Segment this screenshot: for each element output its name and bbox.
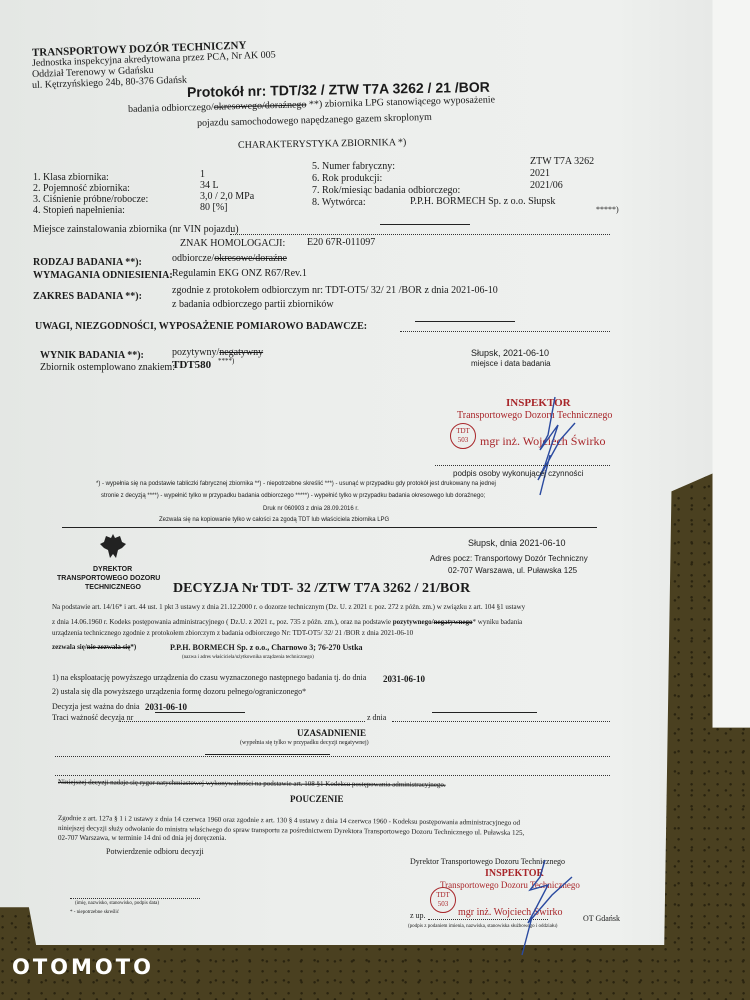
char-value: 3,0 / 2,0 MPa	[200, 191, 254, 202]
permit-struck: nie zezwala się	[87, 643, 131, 651]
place-date: Słupsk, 2021-06-10	[471, 348, 549, 358]
receipt-label: Potwierdzenie odbioru decyzji	[106, 847, 204, 856]
homologation-value: E20 67R-011097	[307, 237, 375, 248]
signature-line	[435, 465, 610, 466]
remarks-strike-line	[415, 321, 515, 322]
permit-mark: *)	[130, 643, 136, 651]
vin-field	[230, 234, 610, 235]
decision-title: DECYZJA Nr TDT- 32 /ZTW T7A 3262 / 21/BO…	[173, 581, 470, 597]
valid-label: Decyzja jest ważna do dnia	[52, 702, 140, 711]
footnotes-line-2: stronie z decyzją ****) - wypełnić tylko…	[101, 493, 485, 499]
scope-value-1: zgodnie z protokołem odbiorczym nr: TDT-…	[172, 285, 498, 296]
copy-note: Zezwala się na kopiowanie tylko w całośc…	[159, 517, 389, 523]
result-text: pozytywny/	[172, 347, 219, 358]
otomoto-watermark: OTOMOTO	[12, 955, 154, 979]
remarks-field	[400, 331, 610, 332]
char-label: 4. Stopień napełnienia:	[33, 205, 125, 216]
on-behalf: z up.	[410, 911, 426, 920]
test-type-label: RODZAJ BADANIA **):	[33, 257, 142, 268]
place-date-caption: miejsce i data badania	[471, 359, 551, 368]
vin-strike-line	[380, 224, 470, 225]
decision-basis-1: Na podstawie art. 14/16* i art. 44 ust. …	[52, 603, 525, 611]
char-label: 8. Wytwórca:	[312, 197, 366, 208]
instruction-line-3: 02-707 Warszawa, w terminie 14 dni od dn…	[58, 834, 226, 842]
vin-label: Miejsce zainstalowania zbiornika (nr VIN…	[33, 224, 239, 235]
char-value: 80 [%]	[200, 202, 228, 213]
expires-date-field	[392, 721, 610, 722]
expires-date-strike-line	[432, 712, 537, 713]
justification-title: UZASADNIENIE	[297, 728, 366, 738]
requirements-label: WYMAGANIA ODNIESIENIA:	[33, 270, 173, 281]
char-label: 1. Klasa zbiornika:	[33, 172, 109, 183]
instruction-title: POUCZENIE	[290, 794, 344, 804]
char-label: 2. Pojemność zbiornika:	[33, 183, 130, 194]
result-label: WYNIK BADANIA **):	[40, 350, 144, 361]
footnote-mark: *****)	[596, 205, 619, 214]
footnotes-line-1: *) - wypełnia się na podstawie tabliczki…	[96, 481, 496, 487]
subtitle-text: badania odbiorczego/	[128, 102, 214, 115]
branch: OT Gdańsk	[583, 914, 620, 923]
eagle-emblem-icon	[98, 532, 128, 562]
requirements-value: Regulamin EKG ONZ R67/Rev.1	[172, 268, 307, 279]
char-label: 5. Numer fabryczny:	[312, 161, 395, 172]
decision-permit: zezwala się/nie zezwala się*)	[52, 643, 136, 651]
signature-icon	[520, 395, 580, 505]
char-value: 34 L	[200, 180, 219, 191]
char-value: P.P.H. BORMECH Sp. z o.o. Słupsk	[410, 196, 555, 207]
char-value: ZTW T7A 3262	[530, 156, 594, 167]
decision-address-1: Adres pocz: Transportowy Dozór Techniczn…	[430, 554, 588, 563]
decision-address-2: 02-707 Warszawa, ul. Puławska 125	[448, 566, 577, 575]
stamp-mark: ****)	[218, 357, 234, 365]
char-value: 2021/06	[530, 180, 563, 191]
owner-caption: (nazwa i adres właściciela/użytkownika u…	[182, 655, 314, 660]
strike-note: * - niepotrzebne skreślić	[70, 910, 119, 915]
receipt-caption: (imię, nazwisko, stanowisko, podpis data…	[75, 901, 159, 906]
test-type-text: odbiorcze/	[172, 253, 214, 264]
authority-line-3: TECHNICZNEGO	[85, 584, 141, 591]
receipt-signature-field	[70, 898, 200, 899]
char-label: 3. Ciśnienie próbne/robocze:	[33, 194, 148, 205]
tdt-stamp: TDT503	[450, 423, 476, 449]
owner: P.P.H. BORMECH Sp. z o.o., Charnowo 3; 7…	[170, 643, 363, 652]
decision-item-1: 1) na eksploatację powyższego urządzenia…	[52, 673, 366, 682]
char-value: 1	[200, 169, 205, 180]
bottom-signature-icon	[500, 855, 580, 960]
scope-value-2: z badania odbiorczego partii zbiorników	[172, 299, 334, 310]
authority-line-1: DYREKTOR	[93, 566, 132, 573]
section-divider	[62, 527, 597, 528]
justification-field	[55, 756, 610, 757]
justification-field-2	[55, 775, 610, 776]
justification-caption: (wypełnia się tylko w przypadku decyzji …	[240, 740, 369, 746]
basis-positive: pozytywnego/	[393, 618, 434, 626]
valid-date: 2031-06-10	[145, 702, 187, 712]
char-label: 6. Rok produkcji:	[312, 173, 382, 184]
test-type-struck: okresowe/doraźne	[214, 253, 287, 264]
homologation-label: ZNAK HOMOLOGACJI:	[180, 238, 285, 249]
decision-basis-3: urządzenia technicznego zgodnie z protok…	[52, 629, 413, 637]
decision-basis-2: z dnia 14.06.1960 r. Kodeks postępowania…	[52, 618, 522, 626]
stamp-label: Zbiornik ostemplowano znakiem:	[40, 362, 175, 373]
decision-place-date: Słupsk, dnia 2021-06-10	[468, 538, 566, 548]
authority-line-2: TRANSPORTOWEGO DOZORU	[57, 575, 160, 582]
remarks-label: UWAGI, NIEZGODNOŚCI, WYPOSAŻENIE POMIARO…	[35, 321, 367, 332]
expires-date-label: z dnia	[367, 713, 386, 722]
bottom-tdt-stamp: TDT503	[430, 887, 456, 913]
char-label: 7. Rok/miesiąc badania odbiorczego:	[312, 185, 460, 196]
signature-caption: podpis osoby wykonującej czynności	[453, 469, 583, 478]
permit-text: zezwala się/	[52, 643, 87, 651]
expires-field	[120, 721, 365, 722]
basis-text-2: * wyniku badania	[473, 618, 523, 626]
decision-item-2: 2) ustala się dla powyższego urządzenia …	[52, 687, 306, 696]
char-value: 2021	[530, 168, 550, 179]
justification-strike-line	[205, 754, 330, 755]
basis-text: z dnia 14.06.1960 r. Kodeks postępowania…	[52, 618, 393, 626]
test-type-value: odbiorcze/okresowe/doraźne	[172, 253, 287, 264]
print-number: Druk nr 060903 z dnia 28.09.2016 r.	[263, 506, 359, 512]
stamp-value: TDT580	[172, 359, 211, 371]
expires-strike-line	[155, 712, 245, 713]
basis-struck: negatywnego	[434, 618, 473, 626]
decision-item-1-date: 2031-06-10	[383, 674, 425, 684]
scope-label: ZAKRES BADANIA **):	[33, 291, 142, 302]
